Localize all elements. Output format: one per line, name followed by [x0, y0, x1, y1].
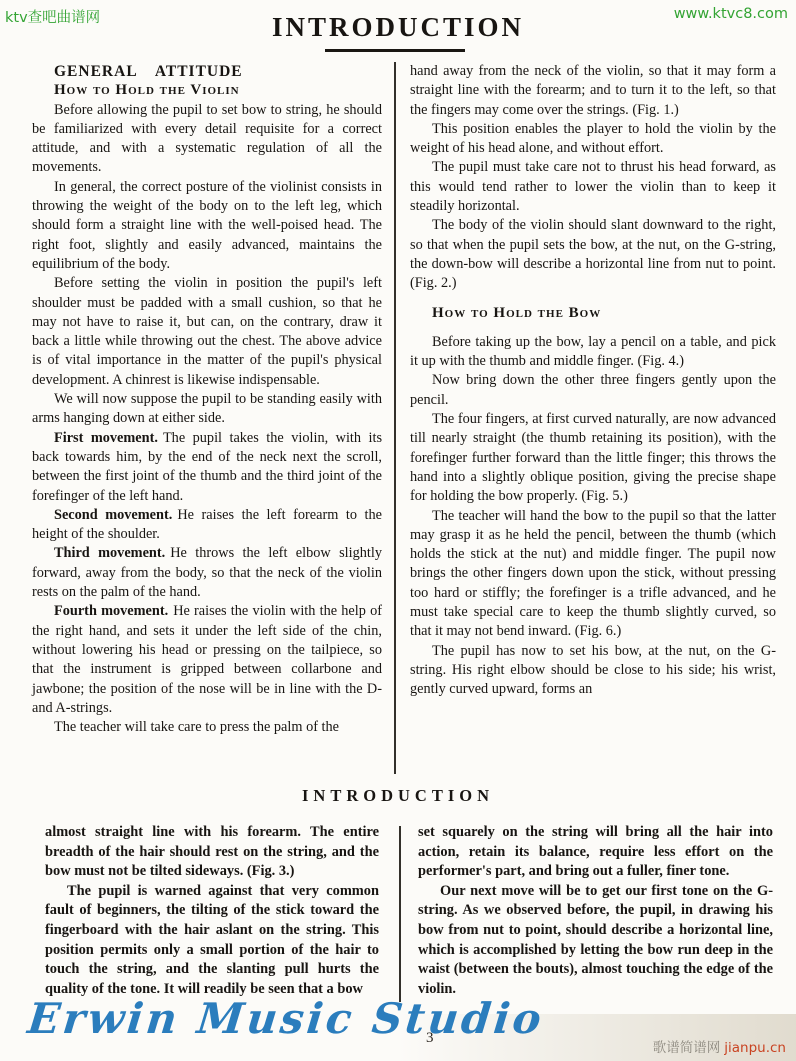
heading-general-attitude: GENERAL ATTITUDE — [32, 62, 382, 81]
paragraph-text: The teacher will take care to press the … — [54, 719, 339, 735]
paragraph-fourth-movement: Fourth movement.He raises the violin wit… — [32, 602, 382, 718]
section1-right-column: hand away from the neck of the violin, s… — [410, 62, 776, 700]
section2-right-column: set squarely on the string will bring al… — [418, 823, 773, 999]
paragraph-lead: Second movement. — [54, 507, 177, 523]
paragraph-text: Before allowing the pupil to set bow to … — [32, 102, 382, 176]
paragraph-text: The four fingers, at first curved natura… — [410, 411, 776, 504]
bottom-site-name: 歌谱简谱网 — [653, 1040, 721, 1056]
paragraph-lead: Third movement. — [54, 545, 170, 561]
paragraph: The body of the violin should slant down… — [410, 216, 776, 293]
section2-title: INTRODUCTION — [0, 786, 796, 806]
studio-script-watermark: Erwin Music Studio — [25, 994, 546, 1043]
section2-left-column: almost straight line with his forearm. T… — [45, 823, 379, 999]
page-title: INTRODUCTION — [0, 12, 796, 43]
paragraph: The pupil has now to set his bow, at the… — [410, 642, 776, 700]
paragraph: Before taking up the bow, lay a pencil o… — [410, 333, 776, 372]
heading-how-to-hold-the-bow: How to Hold the Bow — [410, 304, 776, 323]
paragraph-text: The pupil must take care not to thrust h… — [410, 159, 776, 214]
paragraph: We will now suppose the pupil to be stan… — [32, 390, 382, 429]
paragraph-text: In general, the correct posture of the v… — [32, 179, 382, 272]
paragraph-text: almost straight line with his forearm. T… — [45, 824, 379, 879]
paragraph: Now bring down the other three fingers g… — [410, 371, 776, 410]
paragraph-lead: First movement. — [54, 430, 163, 446]
paragraph-text: hand away from the neck of the violin, s… — [410, 63, 776, 118]
paragraph-text: He raises the violin with the help of th… — [32, 603, 382, 715]
paragraph-second-movement: Second movement.He raises the left forea… — [32, 506, 382, 545]
column-divider-rule — [394, 62, 396, 774]
paragraph-text: The teacher will hand the bow to the pup… — [410, 508, 776, 640]
paragraph: almost straight line with his forearm. T… — [45, 823, 379, 882]
title-underline-rule — [325, 49, 465, 52]
paragraph-text: Before setting the violin in position th… — [32, 275, 382, 387]
paragraph-third-movement: Third movement.He throws the left elbow … — [32, 544, 382, 602]
paragraph-text: This position enables the player to hold… — [410, 121, 776, 156]
paragraph-first-movement: First movement.The pupil takes the violi… — [32, 429, 382, 506]
page-number: 3 — [426, 1030, 434, 1047]
section1-left-column: GENERAL ATTITUDE How to Hold the Violin … — [32, 62, 382, 737]
column-divider-rule — [399, 826, 401, 1002]
paragraph: This position enables the player to hold… — [410, 120, 776, 159]
paragraph-text: Our next move will be to get our first t… — [418, 883, 773, 997]
paragraph-text: The pupil is warned against that very co… — [45, 883, 379, 997]
paragraph-text: set squarely on the string will bring al… — [418, 824, 773, 879]
paragraph: Before setting the violin in position th… — [32, 274, 382, 390]
paragraph-text: Now bring down the other three fingers g… — [410, 372, 776, 407]
bottom-right-site-watermark: 歌谱简谱网jianpu.cn — [653, 1036, 786, 1056]
paragraph: Before allowing the pupil to set bow to … — [32, 101, 382, 178]
paragraph-text: Before taking up the bow, lay a pencil o… — [410, 334, 776, 369]
paragraph: set squarely on the string will bring al… — [418, 823, 773, 882]
bottom-site-domain: jianpu.cn — [720, 1040, 786, 1056]
heading-how-to-hold-the-violin: How to Hold the Violin — [32, 81, 382, 100]
paragraph-lead: Fourth movement. — [54, 603, 173, 619]
paragraph-text: The pupil has now to set his bow, at the… — [410, 643, 776, 698]
paragraph: In general, the correct posture of the v… — [32, 178, 382, 274]
paragraph: The four fingers, at first curved natura… — [410, 410, 776, 506]
paragraph: The teacher will hand the bow to the pup… — [410, 507, 776, 642]
paragraph: The pupil must take care not to thrust h… — [410, 158, 776, 216]
paragraph: The teacher will take care to press the … — [32, 718, 382, 737]
paragraph-text: The body of the violin should slant down… — [410, 217, 776, 291]
paragraph-text: We will now suppose the pupil to be stan… — [32, 391, 382, 426]
paragraph: hand away from the neck of the violin, s… — [410, 62, 776, 120]
paragraph: Our next move will be to get our first t… — [418, 882, 773, 1000]
paragraph: The pupil is warned against that very co… — [45, 882, 379, 1000]
